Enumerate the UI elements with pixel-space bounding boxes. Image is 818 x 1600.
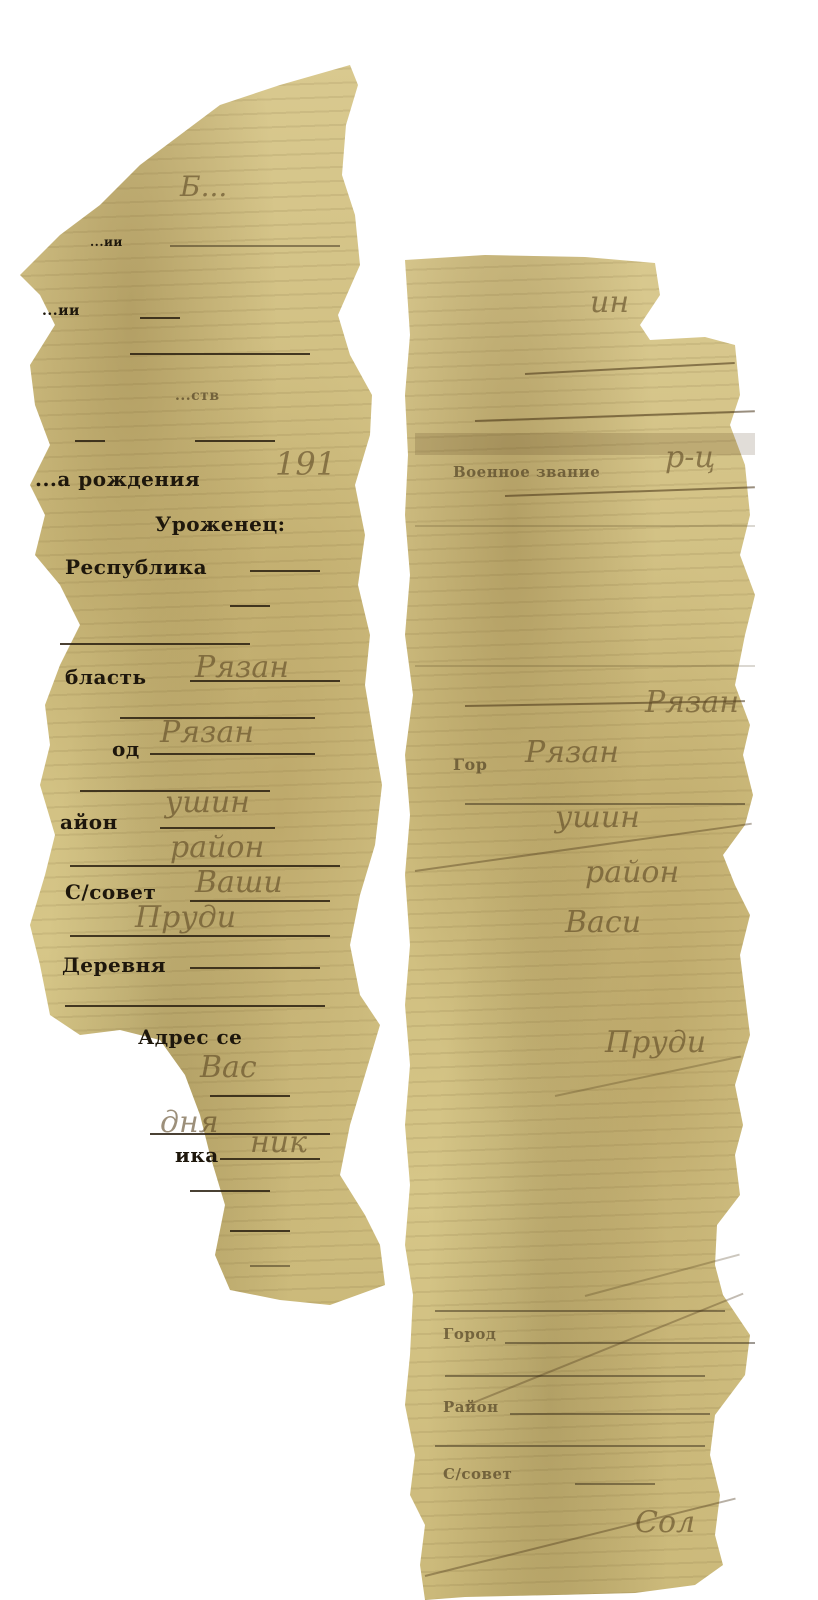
- form-rule: [75, 440, 105, 442]
- form-rule: [435, 1310, 725, 1312]
- handwriting-district: ушин: [165, 785, 250, 820]
- form-rule: [435, 1445, 705, 1447]
- form-rule: [70, 935, 330, 937]
- label-city: од: [112, 737, 140, 761]
- form-rule: [140, 317, 180, 319]
- form-rule: [195, 440, 275, 442]
- form-rule: [510, 1413, 710, 1415]
- handwriting-village-council: Васи: [565, 905, 641, 940]
- paper-crease: [415, 525, 755, 527]
- label-partial-top: ...ии: [90, 235, 123, 249]
- form-rule: [230, 1230, 290, 1232]
- form-rule: [210, 1095, 290, 1097]
- handwriting-birth-year: 191: [275, 445, 336, 483]
- right-document-fragment: ин Военное звание р-ц Рязан Гор Рязан уш…: [405, 255, 765, 1600]
- form-rule: [220, 1158, 320, 1160]
- label-partial-2: ...ии: [42, 303, 80, 319]
- handwriting-village-council-2: Пруди: [605, 1025, 706, 1060]
- handwriting-village-council-2: Пруди: [135, 900, 236, 935]
- form-rule: [505, 1342, 755, 1344]
- form-rule: [575, 1483, 655, 1485]
- form-rule: [230, 605, 270, 607]
- form-rule: [130, 353, 310, 355]
- label-military-rank: Военное звание: [453, 463, 600, 481]
- label-republic: Республика: [65, 555, 207, 579]
- label-partial-bottom: ика: [175, 1143, 219, 1167]
- handwriting-rank: р-ц: [665, 440, 715, 475]
- handwriting-top: ин: [590, 285, 629, 320]
- label-village: Деревня: [62, 953, 166, 977]
- form-rule: [190, 680, 340, 682]
- form-rule: [445, 1375, 705, 1377]
- handwriting-village-council: Ваши: [195, 865, 283, 900]
- form-rule: [190, 1190, 270, 1192]
- form-rule: [250, 1265, 290, 1267]
- label-district: айон: [60, 810, 118, 834]
- form-rule: [150, 753, 315, 755]
- handwriting-top: Б...: [180, 170, 227, 203]
- label-date-of-birth: ...а рождения: [35, 467, 200, 491]
- paper-crease: [415, 665, 755, 667]
- form-rule: [60, 643, 250, 645]
- handwriting-address-3: ник: [250, 1125, 307, 1160]
- handwriting-district: ушин: [555, 800, 640, 835]
- handwriting-address: Вас: [200, 1050, 257, 1085]
- handwriting-district-2: район: [170, 830, 264, 865]
- form-rule: [190, 967, 320, 969]
- form-rule: [65, 1005, 325, 1007]
- form-rule: [170, 245, 340, 247]
- label-partial-3: ...ств: [175, 388, 220, 404]
- label-city: Город: [443, 1325, 496, 1343]
- label-region: бласть: [65, 665, 147, 689]
- handwriting-city: Рязан: [525, 735, 619, 770]
- handwriting-region: Рязан: [645, 685, 739, 720]
- handwriting-district-2: район: [585, 855, 679, 890]
- label-native-of: Уроженец:: [155, 512, 286, 536]
- handwriting-city: Рязан: [160, 715, 254, 750]
- left-document-fragment: Б... ...ии ...ии ...ств 191 ...а рождени…: [20, 65, 390, 1315]
- label-village-council: С/совет: [443, 1465, 512, 1483]
- label-city-partial: Гор: [453, 755, 487, 774]
- form-rule: [250, 570, 320, 572]
- label-address: Адрес се: [138, 1025, 242, 1049]
- form-rule: [160, 827, 275, 829]
- label-district: Район: [443, 1398, 499, 1416]
